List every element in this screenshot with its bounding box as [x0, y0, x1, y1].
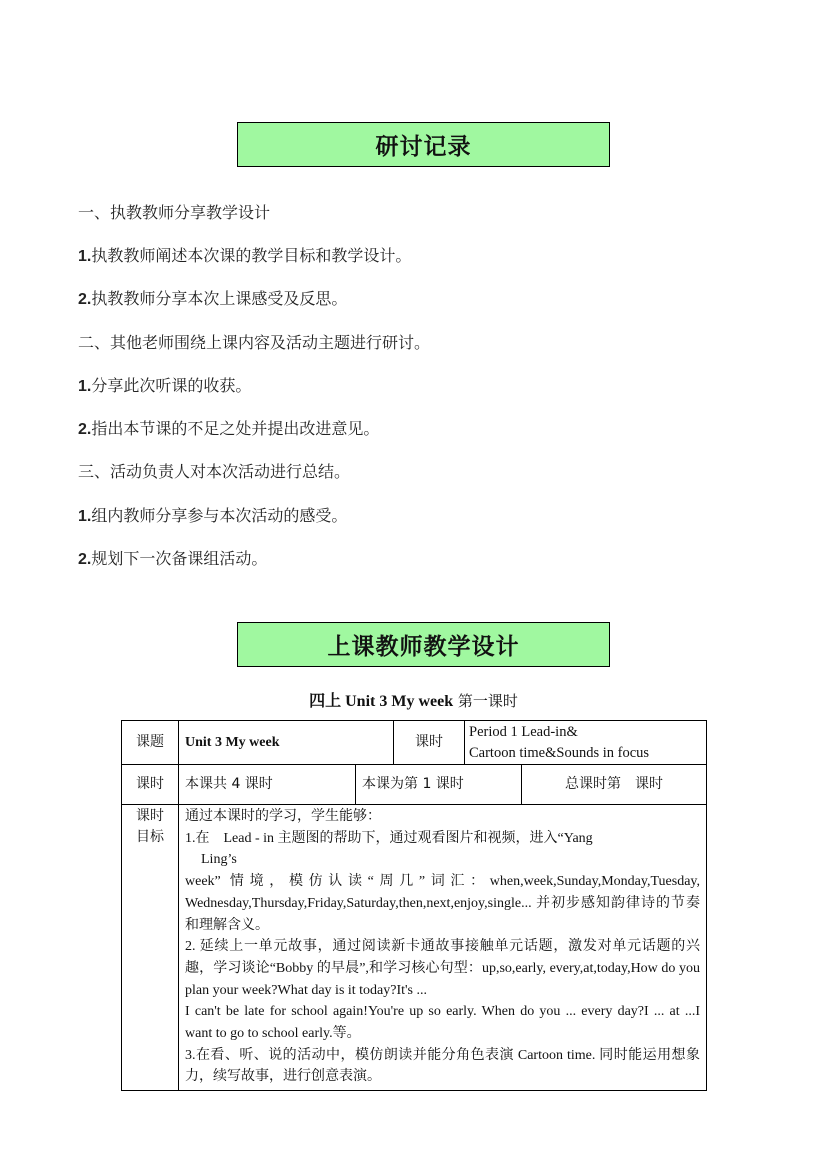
topic-value: Unit 3 My week [179, 721, 394, 765]
teaching-design-banner: 上课教师教学设计 [237, 622, 610, 667]
table-row: 课时 本课共 4 课时 本课为第 1 课时 总课时第 课时 [122, 765, 707, 805]
lesson-plan-table: 课题 Unit 3 My week 课时 Period 1 Lead-in& C… [121, 720, 707, 1091]
total-hours: 本课共 4 课时 [179, 765, 356, 805]
section-heading-1: 一、执教教师分享教学设计 [78, 203, 270, 223]
topic-label: 课题 [122, 721, 179, 765]
goal-item: 1.在 Lead - in 主题图的帮助下，通过观看图片和视频，进入“Yang [185, 828, 700, 850]
section-heading-2: 二、其他老师围绕上课内容及活动主题进行研讨。 [78, 333, 430, 353]
section-heading-3: 三、活动负责人对本次活动进行总结。 [78, 462, 350, 482]
list-item: 1.执教教师阐述本次课的教学目标和教学设计。 [78, 246, 411, 267]
table-row: 课时 目标 通过本课时的学习，学生能够： 1.在 Lead - in 主题图的帮… [122, 805, 707, 1091]
list-item: 2.指出本节课的不足之处并提出改进意见。 [78, 419, 379, 440]
goal-intro: 通过本课时的学习，学生能够： [185, 806, 700, 828]
list-item: 2.规划下一次备课组活动。 [78, 549, 267, 570]
hours-label: 课时 [122, 765, 179, 805]
list-item: 1.分享此次听课的收获。 [78, 376, 251, 397]
goals-label: 课时 目标 [122, 805, 179, 1091]
goal-item: 2. 延续上一单元故事，通过阅读新卡通故事接触单元话题，激发对单元话题的兴趣，学… [185, 936, 700, 1001]
discussion-record-banner: 研讨记录 [237, 122, 610, 167]
goal-item: I can't be late for school again!You're … [185, 1001, 700, 1044]
lesson-subtitle: 四上 Unit 3 My week 第一课时 [0, 688, 827, 711]
overall-hour: 总课时第 课时 [522, 765, 707, 805]
table-row: 课题 Unit 3 My week 课时 Period 1 Lead-in& C… [122, 721, 707, 765]
current-hour: 本课为第 1 课时 [356, 765, 522, 805]
period-label: 课时 [394, 721, 465, 765]
list-item: 2.执教教师分享本次上课感受及反思。 [78, 289, 347, 310]
banner-title: 研讨记录 [376, 128, 472, 161]
banner-title: 上课教师教学设计 [328, 628, 520, 661]
goal-item: week” 情境，模仿认读“周几”词汇：when,week,Sunday,Mon… [185, 871, 700, 936]
goal-item: 3.在看、听、说的活动中，模仿朗读并能分角色表演 Cartoon time. 同… [185, 1045, 700, 1088]
list-item: 1.组内教师分享参与本次活动的感受。 [78, 506, 347, 527]
goals-content: 通过本课时的学习，学生能够： 1.在 Lead - in 主题图的帮助下，通过观… [179, 805, 707, 1091]
goal-item-wrap: Ling’s [185, 849, 700, 871]
period-value: Period 1 Lead-in& Cartoon time&Sounds in… [465, 721, 707, 765]
